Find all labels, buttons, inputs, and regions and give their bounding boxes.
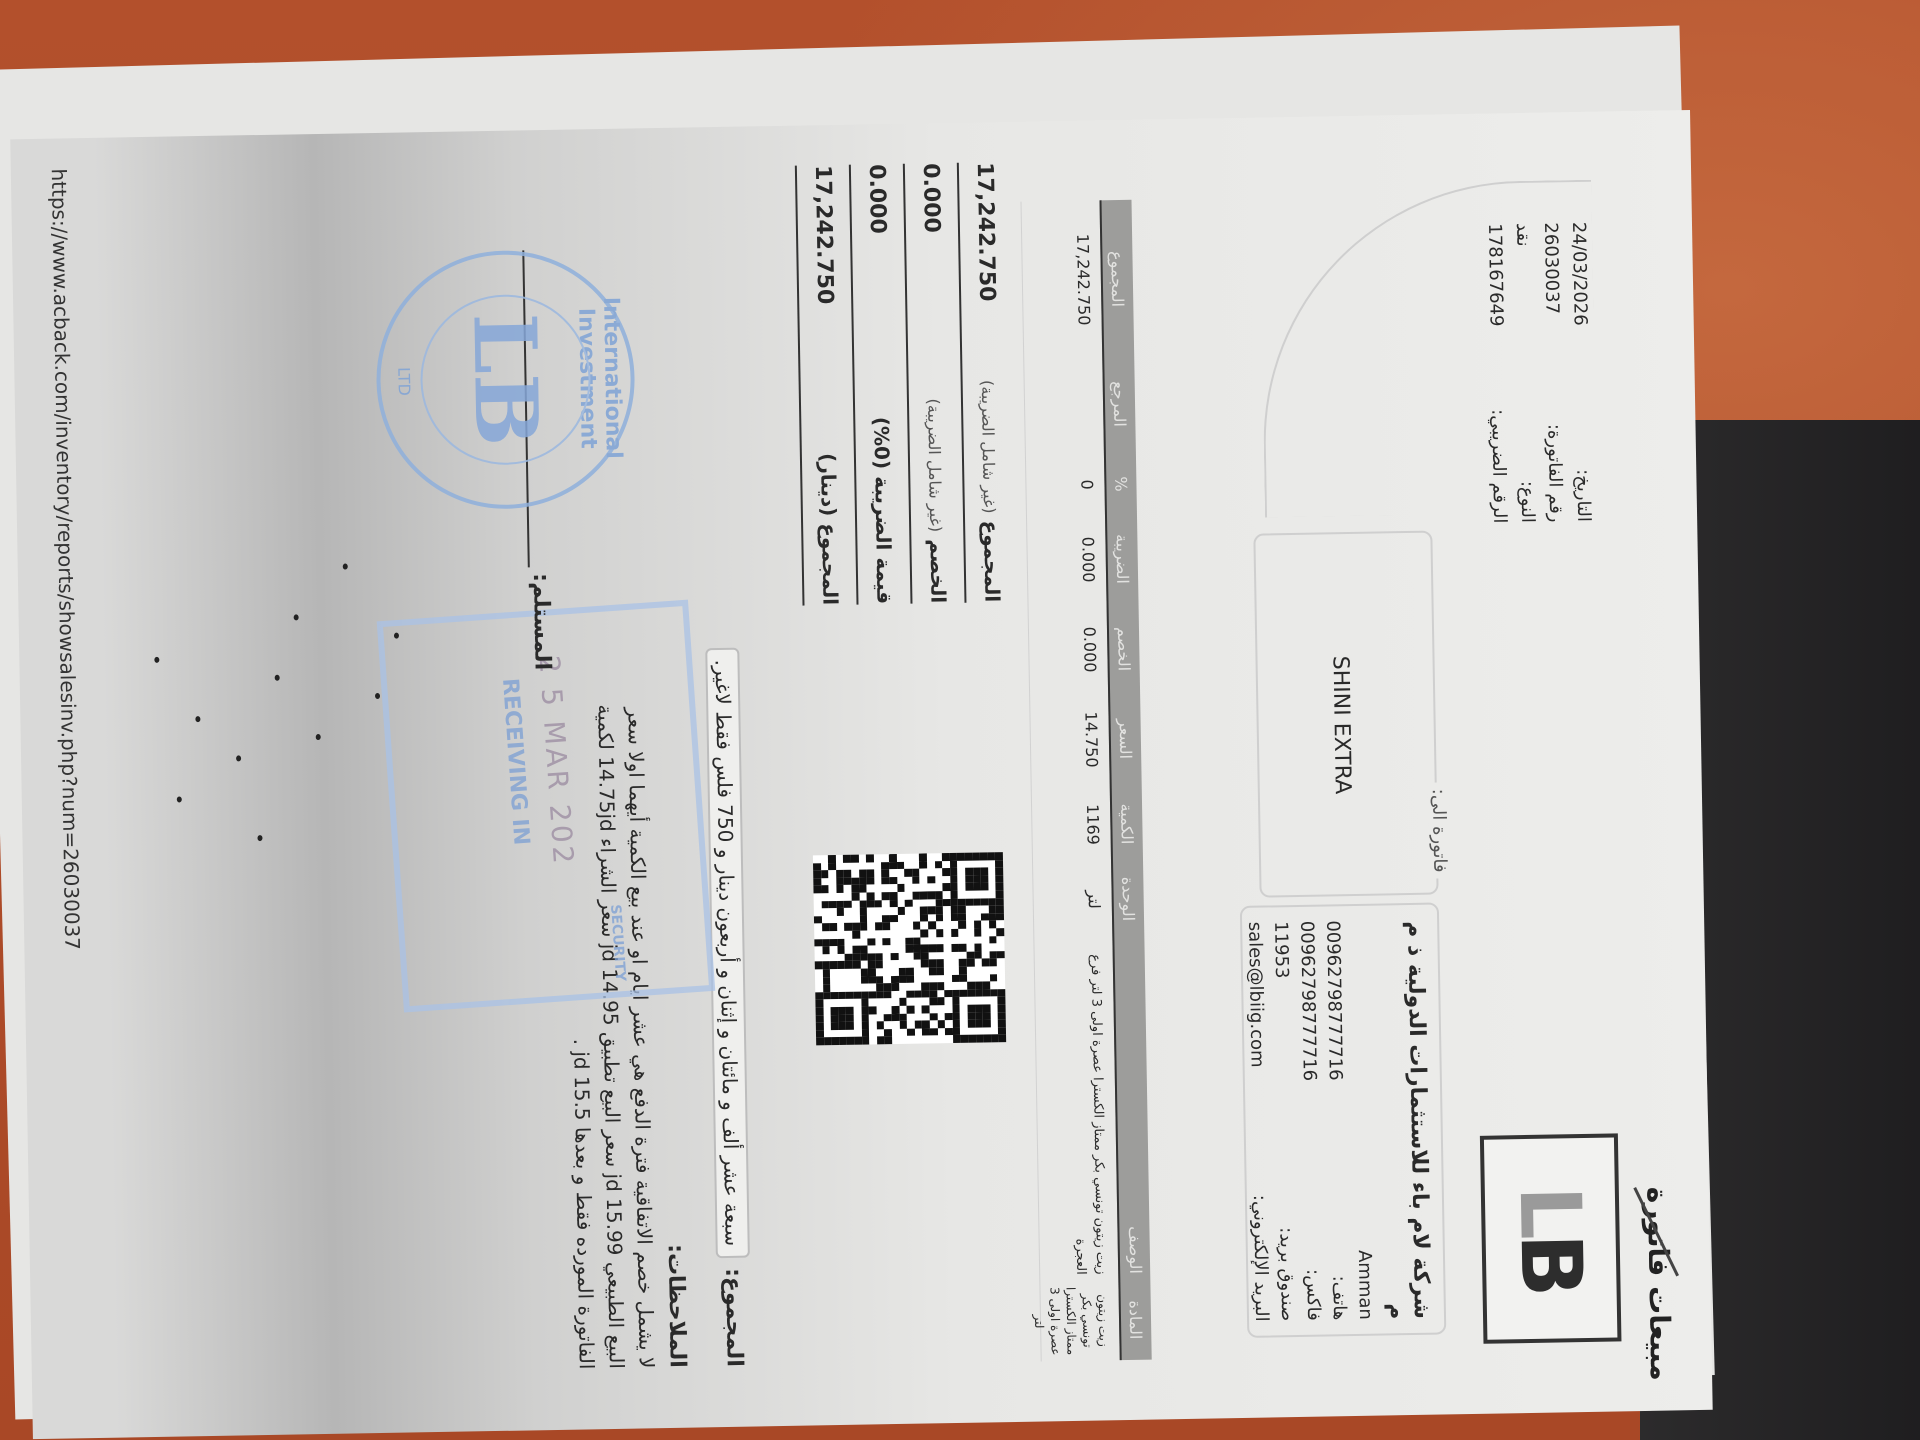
items-table: المادة الوصف الوحدة الكمية السعر الخصم ا…: [1020, 200, 1151, 1362]
company-logo: LB: [1480, 1133, 1622, 1343]
col-unit: الوحدة: [1119, 864, 1139, 934]
email-label: البريد الإلكتروني:: [1246, 1195, 1274, 1322]
totals-block: المجموع (غير شامل الضريبة) 17,242.750 ال…: [795, 162, 1019, 606]
cell-tax: 0.000: [1078, 514, 1099, 604]
grand-total-row: المجموع (دينار) 17,242.750: [795, 165, 857, 606]
tax-number-label: الرقم الضريبي:: [1483, 409, 1513, 524]
logo-icon: LB: [1501, 1185, 1601, 1292]
col-price: السعر: [1116, 694, 1137, 784]
col-code: المادة: [1126, 1280, 1146, 1360]
discount-row: الخصم (غير شامل الضريبة) 0.000: [903, 163, 965, 604]
col-description: الوصف: [1119, 934, 1145, 1280]
col-ref: المرجع: [1110, 354, 1131, 454]
header: LB شركة لام باء للاستثمارات الدولية ذ م …: [1141, 191, 1631, 1359]
title-struck-word: فاتورة: [1641, 1186, 1676, 1276]
subtotal-row: المجموع (غير شامل الضريبة) 17,242.750: [957, 162, 1019, 603]
seal-bottom-text: LTD: [392, 256, 415, 506]
cell-code: زيت زيتون تونسي بكر ممتاز الكسترا عصرة ا…: [1030, 1280, 1111, 1361]
cell-qty: 1169: [1083, 784, 1103, 864]
amount-in-words: المجموع: سبعة عشر ألف و مائتان و إثنان و…: [705, 647, 752, 1367]
tax-row: قيمة الضريبة (0%) 0.000: [849, 164, 911, 605]
tax-label: قيمة الضريبة (0%): [869, 417, 896, 605]
discount-label: الخصم: [925, 539, 950, 604]
qr-code: [813, 852, 1006, 1045]
footer-url: https://www.acback.com/inventory/reports…: [47, 168, 85, 950]
grand-total-label: المجموع (دينار): [816, 453, 843, 605]
invoice-page: مبيعات فاتورة LB شركة لام باء للاستثمارا…: [10, 110, 1712, 1439]
discount-value: 0.000: [918, 163, 944, 233]
col-percent: %: [1111, 454, 1131, 514]
phone-label: هاتف:: [1325, 1275, 1352, 1320]
title-word: مبيعات: [1643, 1286, 1678, 1381]
fax-label: فاكس:: [1299, 1269, 1326, 1321]
tax-value: 0.000: [864, 164, 890, 234]
company-city: Amman: [1351, 1250, 1378, 1320]
cell-total: 17,242.750: [1073, 204, 1095, 354]
col-qty: الكمية: [1117, 784, 1137, 864]
invoice-to-box: فاتورة الى: SHINI EXTRA: [1253, 531, 1438, 898]
date-value: 24/03/2026: [1564, 222, 1594, 326]
document-title: مبيعات فاتورة: [1641, 1186, 1677, 1381]
grand-total-value: 17,242.750: [810, 165, 837, 305]
col-discount: الخصم: [1114, 604, 1135, 694]
type-label: النوع:: [1512, 481, 1541, 524]
invoice-number-label: رقم الفاتورة:: [1539, 424, 1569, 523]
date-label: التاريخ:: [1568, 469, 1597, 522]
receiver-label: المستلم:: [528, 573, 555, 670]
stamp-receiving-text: RECEIVING IN: [497, 677, 534, 846]
invoice-meta: التاريخ:24/03/2026 رقم الفاتورة:26030037…: [1480, 222, 1597, 524]
invoice-number-value: 26030037: [1536, 222, 1566, 314]
invoice-to-label: فاتورة الى:: [1428, 783, 1451, 879]
cell-price: 14.750: [1081, 694, 1102, 784]
cell-description: زيت زيتون تونسي بكر ممتاز الكسترا عصرة ا…: [1064, 934, 1110, 1281]
company-seal-stamp: International Investment LB LTD: [374, 248, 636, 510]
tax-number-value: 178167649: [1480, 223, 1510, 327]
cell-unit: لتر: [1084, 864, 1104, 934]
type-value: نقد: [1508, 223, 1536, 247]
col-tax: الضريبة: [1112, 514, 1133, 604]
stamp-security-text: SECURITY: [607, 904, 628, 982]
amount-words-label: المجموع:: [721, 1268, 748, 1367]
phone-value: 00962798777716: [1319, 920, 1348, 1081]
po-box-label: صندوق بريد:: [1272, 1227, 1300, 1321]
company-info: شركة لام باء للاستثمارات الدولية ذ م م A…: [1240, 903, 1447, 1338]
seal-center-text: LB: [454, 312, 557, 447]
subtotal-value: 17,242.750: [972, 162, 999, 302]
email-value: sales@lbiig.com: [1241, 922, 1270, 1068]
cell-ref: [1094, 354, 1096, 454]
stamp-date: 2 5 MAR 202: [533, 654, 581, 867]
fax-value: 00962798777716: [1293, 921, 1322, 1082]
customer-name: SHINI EXTRA: [1327, 656, 1354, 795]
po-box-value: 11953: [1267, 921, 1294, 979]
cell-discount: 0.000: [1080, 604, 1101, 694]
subtotal-label: المجموع: [979, 520, 1004, 602]
cell-percent: 0: [1077, 454, 1097, 514]
company-name: شركة لام باء للاستثمارات الدولية ذ م م: [1377, 919, 1434, 1320]
col-total: المجموع: [1107, 204, 1129, 354]
